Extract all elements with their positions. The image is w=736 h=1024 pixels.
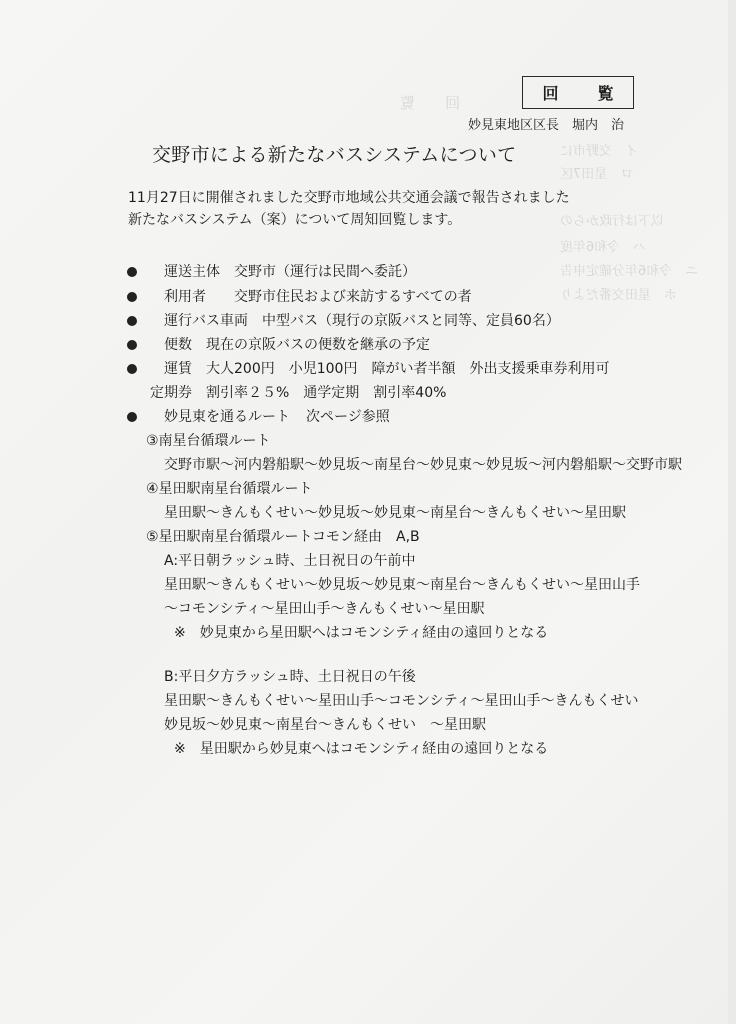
bleed-through-text: 回 覧 <box>400 92 460 113</box>
route-name: ③南星台循環ルート <box>146 430 271 450</box>
bleed-through-text: ロ 星田7区 <box>560 163 633 182</box>
route-variant-label: A:平日朝ラッシュ時、土日祝日の午前中 <box>164 550 416 570</box>
route-path: 交野市駅〜河内磐船駅〜妙見坂〜南星台〜妙見東〜妙見坂〜河内磐船駅〜交野市駅 <box>164 454 682 474</box>
scanner-edge <box>728 0 736 1024</box>
bullet-value: 交野市（運行は民間へ委託） <box>234 261 416 281</box>
bleed-through-text: イ 交野市に <box>560 140 638 159</box>
bleed-through-text: 以下は行政からの <box>560 210 664 229</box>
bullet-label: 運送主体 <box>164 261 220 281</box>
document-title: 交野市による新たなバスシステムについて <box>152 140 516 167</box>
bullet-value: 次ページ参照 <box>306 406 390 426</box>
bullet-label: 利用者 <box>164 286 206 306</box>
bleed-through-text: ホ 星田交番だより <box>560 284 677 303</box>
bullet-icon <box>127 292 137 302</box>
bullet-icon <box>127 267 137 277</box>
circulation-char: 覧 <box>597 81 613 104</box>
route-variant-label: B:平日夕方ラッシュ時、土日祝日の午後 <box>164 666 416 686</box>
bullet-icon <box>127 340 137 350</box>
bullet-label: 運賃 <box>164 358 192 378</box>
route-path: 〜コモンシティ〜星田山手〜きんもくせい〜星田駅 <box>164 598 485 618</box>
bullet-icon <box>127 412 137 422</box>
bleed-through-text: ハ 令和6年度 <box>560 236 646 255</box>
bleed-through-text: ニ 令和6年分確定申告 <box>560 260 698 279</box>
intro-paragraph: 11月27日に開催されました交野市地域公共交通会議で報告されました 新たなバスシ… <box>128 187 570 231</box>
circulation-stamp-box: 回 覧 <box>522 76 634 109</box>
route-name: ④星田駅南星台循環ルート <box>146 478 313 498</box>
bullet-value: 大人200円 小児100円 障がい者半額 外出支援乗車券利用可 <box>206 358 609 378</box>
bullet-icon <box>127 316 137 326</box>
route-path: 星田駅〜きんもくせい〜妙見坂〜妙見東〜南星台〜きんもくせい〜星田駅 <box>164 502 626 522</box>
bullet-label: 運行バス車両 <box>164 310 248 330</box>
route-note: ※ 星田駅から妙見東へはコモンシティ経由の遠回りとなる <box>174 738 548 758</box>
route-path: 星田駅〜きんもくせい〜星田山手〜コモンシティ〜星田山手〜きんもくせい <box>164 690 639 710</box>
bullet-continuation: 定期券 割引率２５% 通学定期 割引率40% <box>150 382 446 402</box>
bullet-value: 現在の京阪バスの便数を継承の予定 <box>206 334 430 354</box>
bullet-label: 妙見東を通るルート <box>164 406 290 426</box>
author-line: 妙見東地区区長 堀内 治 <box>468 114 624 133</box>
intro-line: 11月27日に開催されました交野市地域公共交通会議で報告されました <box>128 187 570 209</box>
bullet-icon <box>127 364 137 374</box>
bullet-label: 便数 <box>164 334 192 354</box>
route-note: ※ 妙見東から星田駅へはコモンシティ経由の遠回りとなる <box>174 622 548 642</box>
route-name: ⑤星田駅南星台循環ルートコモン経由 A,B <box>146 526 420 546</box>
bullet-value: 交野市住民および来訪するすべての者 <box>234 286 472 306</box>
route-path: 妙見坂〜妙見東〜南星台〜きんもくせい 〜星田駅 <box>164 714 486 734</box>
circulation-char: 回 <box>542 81 558 104</box>
route-path: 星田駅〜きんもくせい〜妙見坂〜妙見東〜南星台〜きんもくせい〜星田山手 <box>164 574 640 594</box>
intro-line: 新たなバスシステム（案）について周知回覧します。 <box>128 209 570 231</box>
bullet-value: 中型バス（現行の京阪バスと同等、定員60名） <box>262 310 560 330</box>
